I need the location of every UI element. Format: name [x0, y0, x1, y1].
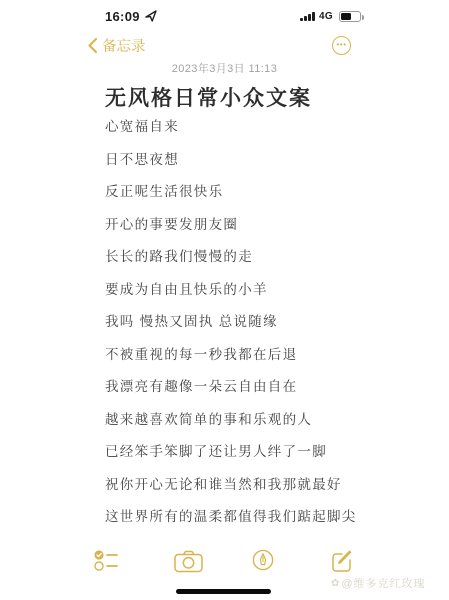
note-line: 已经笨手笨脚了还让男人绊了一脚: [105, 445, 357, 460]
note-line: 反正呢生活很快乐: [105, 185, 357, 200]
network-label: 4G: [319, 11, 333, 22]
watermark-text: @维多克红玫瑰: [341, 575, 425, 591]
note-line: 开心的事要发朋友圈: [105, 218, 357, 233]
battery-fill: [341, 13, 351, 20]
note-line: 要成为自由且快乐的小羊: [105, 283, 357, 298]
compose-icon: [330, 548, 355, 573]
note-line: 祝你开心无论和谁当然和我那就最好: [105, 478, 357, 493]
checklist-icon: [93, 549, 120, 572]
note-line: 我吗 慢热又固执 总说随缘: [105, 315, 357, 330]
notes-app-screenshot: 16:09 4G 备忘录 ••• 2023年3月3日 11:13 无风格日常小众…: [0, 0, 449, 600]
chevron-left-icon: [88, 38, 97, 53]
markup-pen-icon: [252, 549, 274, 571]
nav-bar: 备忘录 •••: [88, 35, 351, 55]
camera-icon: [174, 550, 204, 573]
location-arrow-icon: [145, 10, 157, 22]
back-button[interactable]: 备忘录: [88, 35, 146, 56]
compose-button[interactable]: [330, 548, 355, 578]
note-line: 不被重视的每一秒我都在后退: [105, 348, 357, 363]
status-time: 16:09: [105, 9, 140, 24]
checklist-button[interactable]: [93, 549, 120, 577]
note-line: 我漂亮有趣像一朵云自由自在: [105, 380, 357, 395]
note-line: 越来越喜欢简单的事和乐观的人: [105, 413, 357, 428]
back-button-label: 备忘录: [102, 35, 146, 56]
status-left: 16:09: [105, 9, 157, 24]
note-line: 长长的路我们慢慢的走: [105, 250, 357, 265]
battery-icon: [339, 11, 361, 22]
status-right: 4G: [300, 11, 361, 22]
signal-bars-icon: [300, 11, 315, 21]
note-body[interactable]: 心宽福自来 日不思夜想 反正呢生活很快乐 开心的事要发朋友圈 长长的路我们慢慢的…: [105, 120, 357, 543]
home-indicator[interactable]: [176, 589, 271, 594]
note-date: 2023年3月3日 11:13: [0, 60, 449, 76]
more-options-button[interactable]: •••: [332, 36, 351, 55]
markup-button[interactable]: [252, 549, 274, 576]
watermark: ✿ @维多克红玫瑰: [331, 575, 426, 591]
watermark-logo-icon: ✿: [331, 578, 340, 589]
note-title: 无风格日常小众文案: [105, 82, 312, 112]
note-line: 日不思夜想: [105, 153, 357, 168]
ellipsis-icon: •••: [336, 41, 346, 49]
status-bar: 16:09 4G: [105, 8, 361, 24]
battery-tip: [362, 15, 364, 20]
note-line: 这世界所有的温柔都值得我们踮起脚尖: [105, 510, 357, 525]
note-line: 心宽福自来: [105, 120, 357, 135]
camera-button[interactable]: [174, 550, 204, 578]
